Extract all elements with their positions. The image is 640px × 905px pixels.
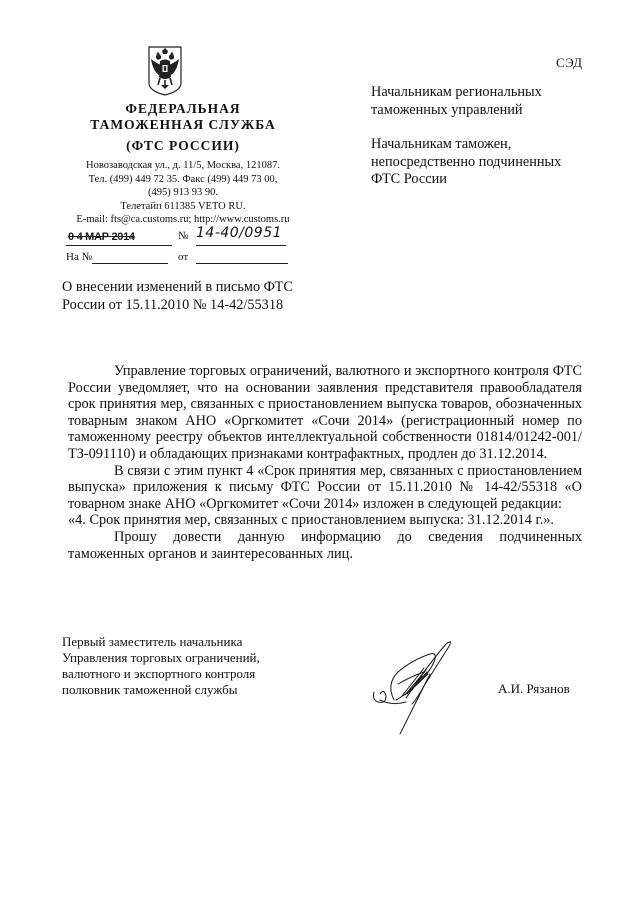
- reference-date-blank: [196, 263, 288, 264]
- registration-number-handwritten: 14-40/0951: [196, 225, 286, 246]
- addressee2-line-3: ФТС России: [371, 171, 611, 189]
- registration-date-stamp: 0 4 МАР 2014: [66, 231, 172, 246]
- org-name-line-1: ФЕДЕРАЛЬНАЯ: [65, 101, 301, 117]
- subject-line-1: О внесении изменений в письмо ФТС: [62, 279, 362, 297]
- reference-date-label: от: [178, 251, 188, 263]
- number-label: №: [178, 230, 189, 242]
- reference-number-blank: [92, 263, 168, 264]
- letter-body: Управление торговых ограничений, валютно…: [68, 363, 582, 562]
- reference-number-label: На №: [66, 251, 92, 263]
- sed-mark: СЭД: [556, 55, 583, 71]
- letter-page: ФЕДЕРАЛЬНАЯ ТАМОЖЕННАЯ СЛУЖБА (ФТС РОССИ…: [0, 0, 640, 905]
- organization-name: ФЕДЕРАЛЬНАЯ ТАМОЖЕННАЯ СЛУЖБА: [65, 101, 301, 133]
- contact-block: Новозаводская ул., д. 11/5, Москва, 1210…: [58, 159, 308, 227]
- signatory-title-line-2: Управления торговых ограничений,: [62, 650, 342, 666]
- addressee2-line-2: непосредственно подчиненных: [371, 154, 611, 172]
- signatory-title-line-3: валютного и экспортного контроля: [62, 666, 342, 682]
- body-paragraph-1: Управление торговых ограничений, валютно…: [68, 363, 582, 463]
- signatory-title: Первый заместитель начальника Управления…: [62, 634, 342, 698]
- signatory-name: А.И. Рязанов: [498, 681, 570, 697]
- addressee1-line-2: таможенных управлений: [371, 102, 611, 120]
- addressee2-line-1: Начальникам таможен,: [371, 136, 611, 154]
- coat-of-arms-icon: [147, 45, 183, 97]
- letter-subject: О внесении изменений в письмо ФТС России…: [62, 279, 362, 314]
- registration-line: 0 4 МАР 2014 № 14-40/0951: [66, 231, 316, 249]
- subject-line-2: России от 15.11.2010 № 14-42/55318: [62, 297, 362, 315]
- body-paragraph-4: Прошу довести данную информацию до сведе…: [68, 529, 582, 562]
- handwritten-signature: [372, 640, 462, 736]
- addressee-regional-administrations: Начальникам региональных таможенных упра…: [371, 84, 611, 119]
- signatory-title-line-4: полковник таможенной службы: [62, 682, 342, 698]
- teletype-text: Телетайп 611385 VETO RU.: [58, 200, 308, 214]
- body-paragraph-2: В связи с этим пункт 4 «Срок принятия ме…: [68, 463, 582, 513]
- reference-line: На № от: [66, 251, 316, 267]
- phone-secondary-text: (495) 913 93 90.: [58, 186, 308, 200]
- signatory-title-line-1: Первый заместитель начальника: [62, 634, 342, 650]
- addressee-customs-heads: Начальникам таможен, непосредственно под…: [371, 136, 611, 189]
- phone-fax-text: Тел. (499) 449 72 35. Факс (499) 449 73 …: [58, 173, 308, 187]
- body-paragraph-3: «4. Срок принятия мер, связанных с приос…: [68, 512, 582, 529]
- address-text: Новозаводская ул., д. 11/5, Москва, 1210…: [58, 159, 308, 173]
- organization-abbreviation: (ФТС РОССИИ): [65, 138, 301, 154]
- addressee1-line-1: Начальникам региональных: [371, 84, 611, 102]
- org-name-line-2: ТАМОЖЕННАЯ СЛУЖБА: [65, 117, 301, 133]
